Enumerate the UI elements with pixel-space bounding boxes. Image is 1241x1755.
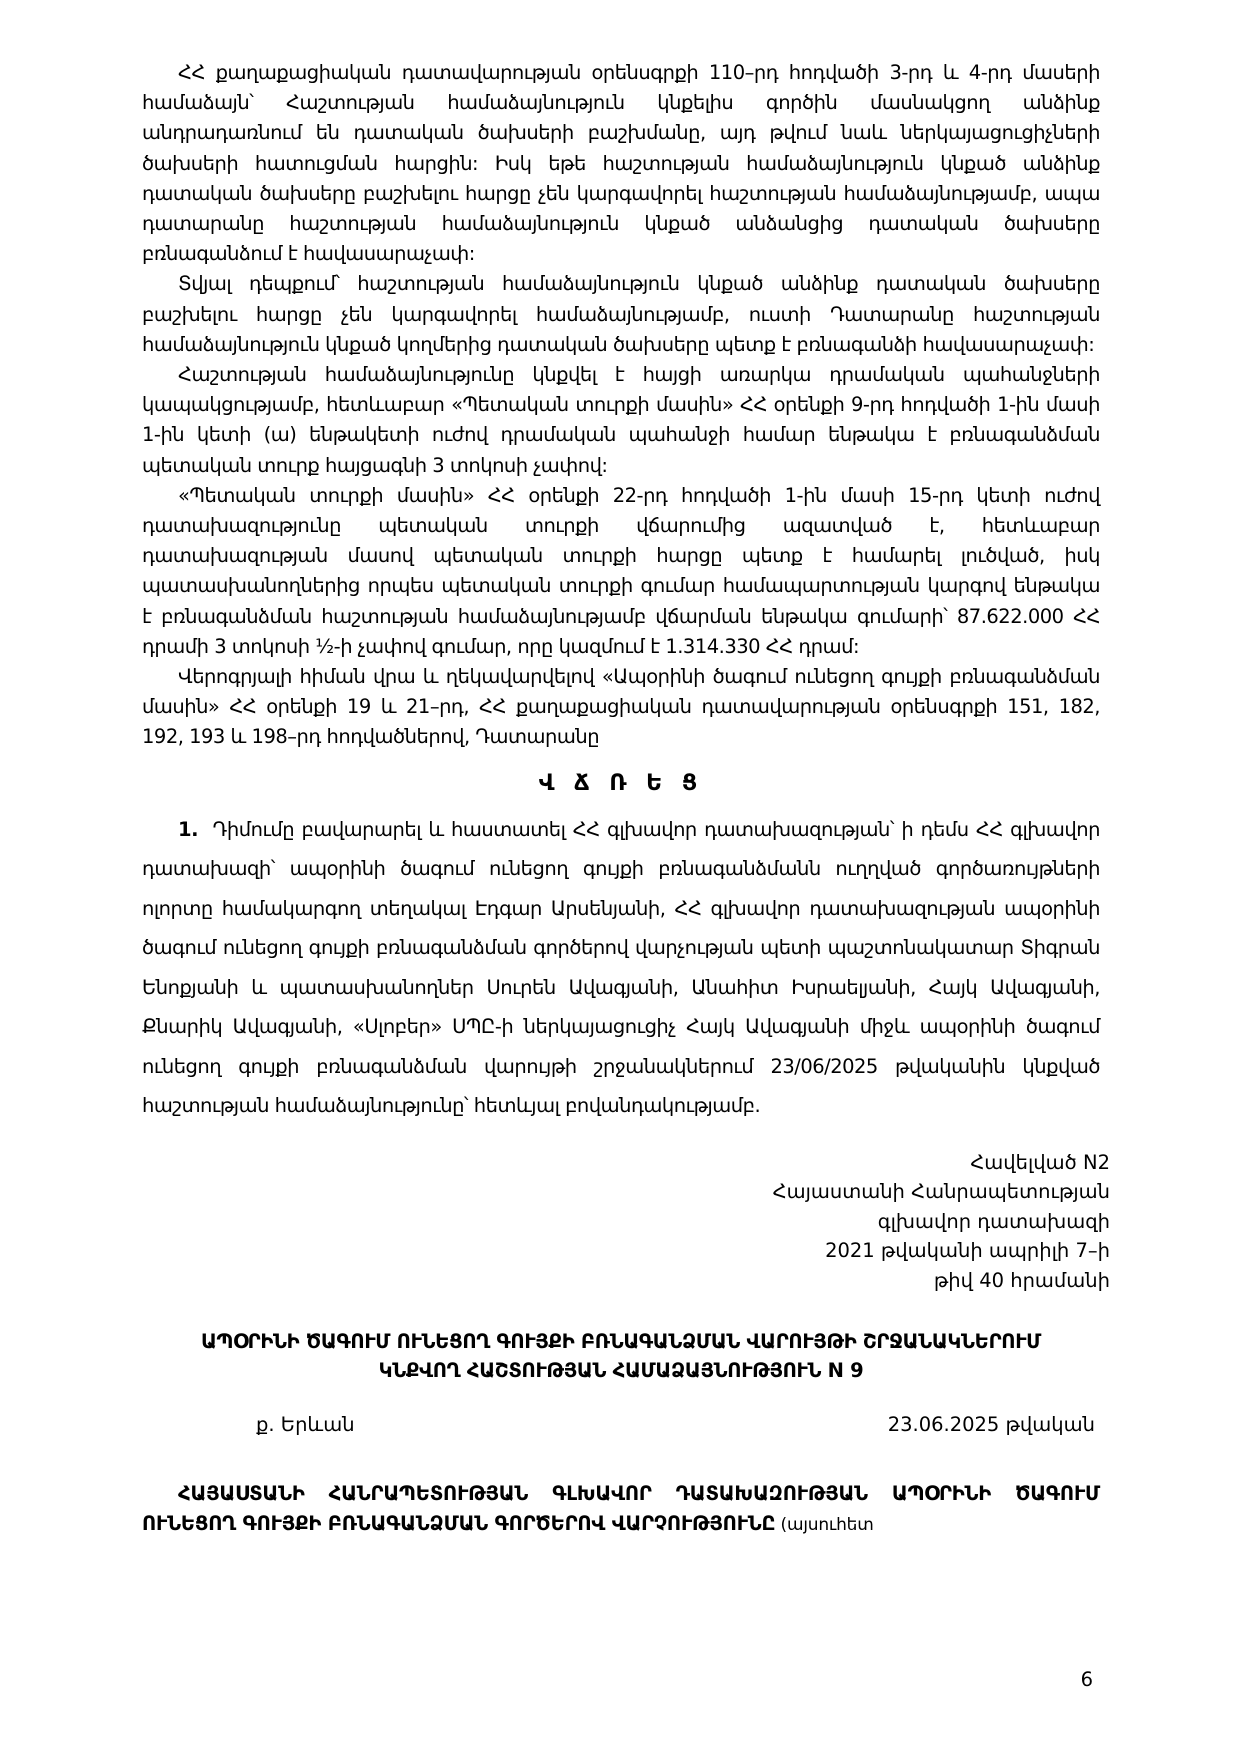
annex-block: Հավելված N2 Հայաստանի Հանրապետության գլխ… [142, 1148, 1110, 1296]
place: ք. Երևան [256, 1413, 355, 1436]
decision-item-number: 1. [178, 818, 198, 841]
paragraph-legal-basis: Վերոգրյալի հիման վրա և ղեկավարվելով «Ապօ… [142, 662, 1100, 753]
page-number: 6 [1081, 1668, 1093, 1691]
annex-line: 2021 թվականի ապրիլի 7–ի [142, 1236, 1110, 1266]
agreement-body-normal: (այսուհետ [775, 1515, 873, 1535]
date: 23.06.2025 թվական [888, 1413, 1095, 1436]
agreement-title-line: ԿՆՔՎՈՂ ՀԱՇՏՈՒԹՅԱՆ ՀԱՄԱՁԱՅՆՈՒԹՅՈՒՆ N 9 [142, 1356, 1100, 1385]
decision-item: 1. Դիմումը բավարարել և հաստատել ՀՀ գլխավ… [142, 810, 1100, 1126]
annex-line: թիվ 40 հրամանի [142, 1266, 1110, 1296]
agreement-title-line: ԱՊՕՐԻՆԻ ԾԱԳՈՒՄ ՈՒՆԵՑՈՂ ԳՈՒՅՔԻ ԲՌՆԱԳԱՆՁՄԱ… [142, 1327, 1100, 1356]
agreement-body: ՀԱՅԱՍՏԱՆԻ ՀԱՆՐԱՊԵՏՈՒԹՅԱՆ ԳԼԽԱՎՈՐ ԴԱՏԱԽԱԶ… [142, 1479, 1100, 1540]
annex-line: Հավելված N2 [142, 1148, 1110, 1178]
agreement-title: ԱՊՕՐԻՆԻ ԾԱԳՈՒՄ ՈՒՆԵՑՈՂ ԳՈՒՅՔԻ ԲՌՆԱԳԱՆՁՄԱ… [142, 1327, 1100, 1385]
paragraph-costs-case: Տվյալ դեպքում՝ հաշտության համաձայնությու… [142, 269, 1100, 360]
paragraph-duty-amount: «Պետական տուրքի մասին» ՀՀ օրենքի 22-րդ հ… [142, 481, 1100, 662]
paragraph-costs-law: ՀՀ քաղաքացիական դատավարության օրենսգրքի … [142, 58, 1100, 269]
annex-line: Հայաստանի Հանրապետության [142, 1177, 1110, 1207]
decision-heading: Վ Ճ Ռ Ե Ց [142, 771, 1100, 796]
document-page: ՀՀ քաղաքացիական դատավարության օրենսգրքի … [142, 58, 1100, 1560]
paragraph-state-duty: Հաշտության համաձայնությունը կնքվել է հայ… [142, 360, 1100, 481]
decision-item-text: Դիմումը բավարարել և հաստատել ՀՀ գլխավոր … [142, 818, 1100, 1118]
agreement-body-bold: ՀԱՅԱՍՏԱՆԻ ՀԱՆՐԱՊԵՏՈՒԹՅԱՆ ԳԼԽԱՎՈՐ ԴԱՏԱԽԱԶ… [142, 1482, 1100, 1535]
place-date-row: ք. Երևան 23.06.2025 թվական [142, 1413, 1100, 1453]
annex-line: գլխավոր դատախազի [142, 1207, 1110, 1237]
